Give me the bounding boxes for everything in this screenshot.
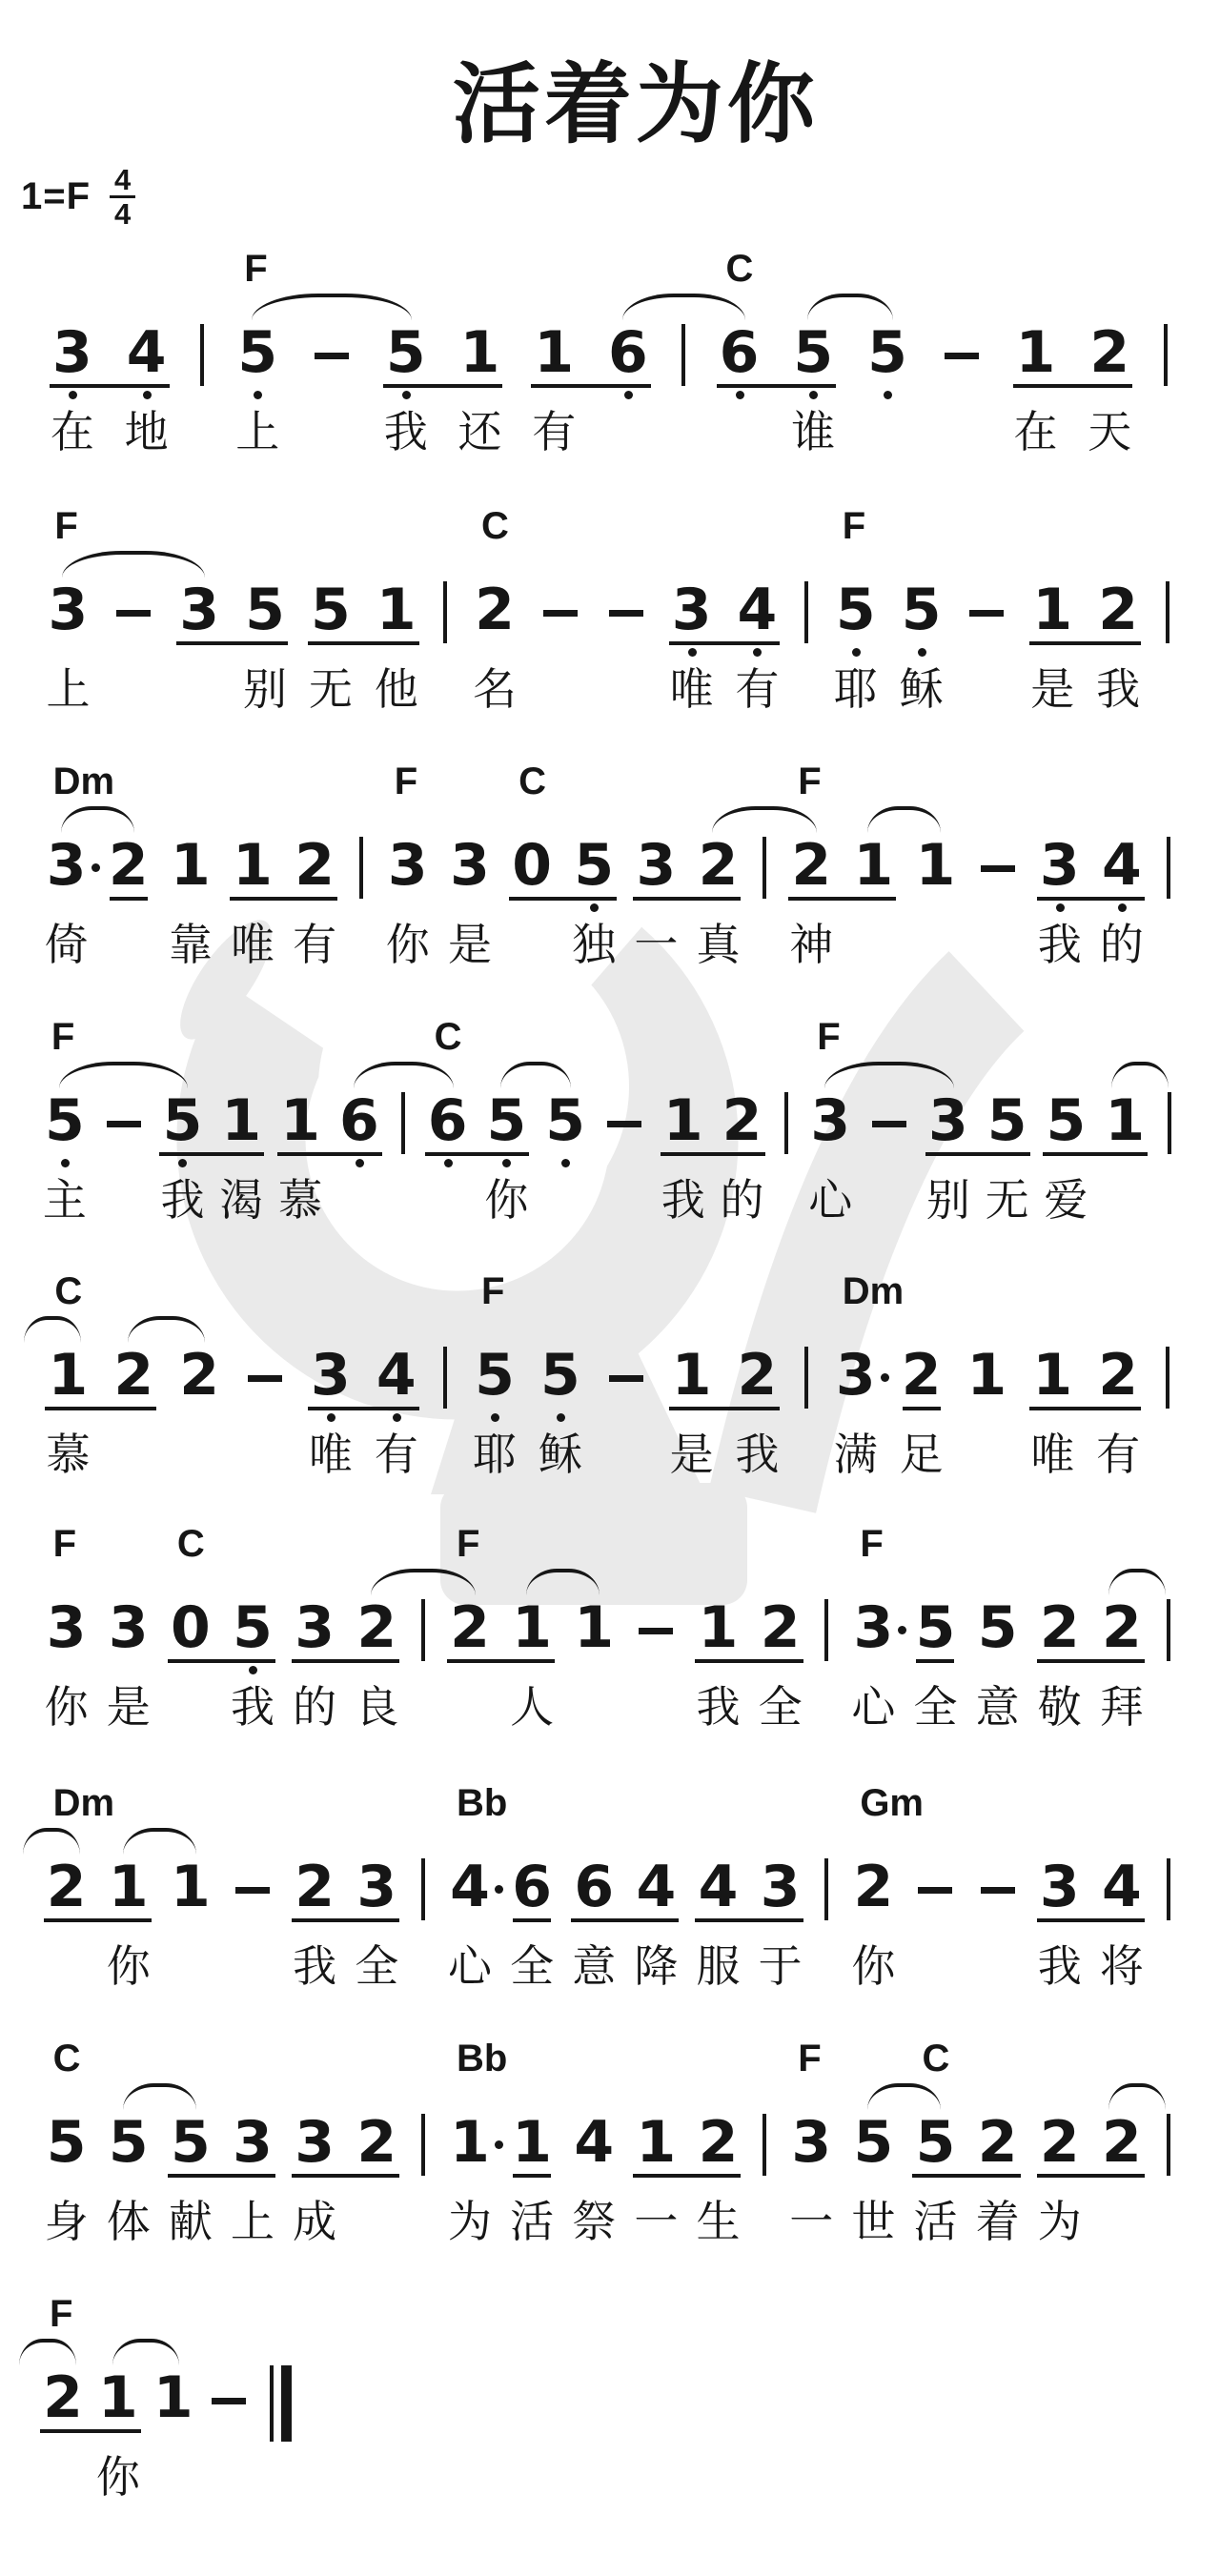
note-digit: 5 [857, 324, 918, 381]
note-digit: 0 [501, 837, 562, 894]
bar-line [1167, 1599, 1170, 1661]
note-digit: 2 [346, 1599, 407, 1656]
note-digit: 1 [37, 1347, 98, 1404]
note-digit: 1 [523, 324, 584, 381]
slur-arc [23, 1828, 80, 1855]
lyric-syllable: 倚 [19, 921, 114, 969]
note-digit: 2 [1088, 1347, 1149, 1404]
chord-label: C [435, 1018, 462, 1056]
note-digit: 6 [598, 324, 659, 381]
bar-line [421, 2114, 425, 2176]
octave-dot-below [143, 391, 152, 399]
note-digit: 4 [1091, 1858, 1152, 1916]
octave-dot-below [1118, 903, 1127, 912]
note-digit: 6 [329, 1092, 390, 1149]
note-digit: 4 [439, 1858, 500, 1916]
note-digit: 1 [563, 1599, 624, 1656]
note-digit: 3 [439, 837, 500, 894]
note-digit: 2 [891, 1347, 952, 1404]
octave-dot-below [327, 1413, 335, 1422]
slur-arc [712, 806, 817, 833]
duration-dash [315, 353, 349, 359]
lyric-syllable: 你 [71, 2453, 166, 2502]
slur-arc [1111, 1062, 1169, 1088]
chord-label: F [457, 1525, 479, 1563]
slur-arc [112, 2339, 179, 2365]
bar-line [421, 1858, 425, 1920]
note-digit: 2 [1029, 2114, 1090, 2171]
duration-dash [248, 1375, 282, 1382]
lyric-syllable: 心 [783, 1176, 878, 1225]
note-digit: 3 [346, 1858, 407, 1916]
note-digit: 1 [160, 837, 221, 894]
chord-label: C [481, 507, 509, 545]
note-digit: 3 [222, 2114, 283, 2171]
slur-arc [867, 2083, 941, 2110]
octave-dot-below [590, 903, 599, 912]
octave-dot-below [1056, 903, 1065, 912]
lyric-syllable: 主 [17, 1176, 112, 1225]
slur-arc [128, 1316, 205, 1343]
note-digit: 3 [843, 1599, 904, 1656]
chord-label: F [244, 250, 267, 288]
bar-line [1164, 324, 1168, 386]
note-digit: 1 [661, 1347, 722, 1404]
bar-line [200, 324, 204, 386]
note-digit: 3 [661, 581, 722, 639]
note-digit: 1 [501, 1599, 562, 1656]
duration-dash [981, 1887, 1015, 1894]
note-digit: 1 [653, 1092, 714, 1149]
chord-label: C [726, 250, 754, 288]
slur-arc [123, 2083, 196, 2110]
note-digit: 6 [563, 1858, 624, 1916]
bar-line [443, 581, 447, 643]
note-digit: 6 [709, 324, 770, 381]
note-digit: 2 [439, 1599, 500, 1656]
note-digit: 2 [1091, 2114, 1152, 2171]
note-digit: 5 [891, 581, 952, 639]
note-digit: 1 [211, 1092, 272, 1149]
octave-dot-below [688, 648, 697, 657]
lyric-syllable: 他 [349, 665, 444, 714]
lyric-syllable: 有 [267, 921, 362, 969]
bar-line [804, 1347, 808, 1409]
chord-label: C [518, 762, 546, 801]
lyric-syllable: 上 [20, 665, 115, 714]
slur-arc [867, 806, 941, 833]
bar-line [1167, 837, 1170, 899]
chord-label: C [53, 2039, 81, 2078]
note-digit: 3 [284, 1599, 345, 1656]
note-digit: 3 [625, 837, 686, 894]
note-digit: 5 [825, 581, 886, 639]
note-digit: 3 [284, 2114, 345, 2171]
note-digit: 4 [726, 581, 787, 639]
note-digit: 2 [464, 581, 525, 639]
lyric-syllable: 有 [1070, 1430, 1166, 1479]
bar-line [421, 1599, 425, 1661]
bar-line [762, 2114, 766, 2176]
chord-label: Bb [457, 2039, 507, 2078]
lyric-syllable: 天 [1062, 408, 1157, 456]
note-digit: 4 [625, 1858, 686, 1916]
lyric-syllable: 我 [709, 1430, 804, 1479]
note-digit: 1 [366, 581, 427, 639]
lyric-syllable: 上 [210, 408, 305, 456]
note-digit: 2 [1029, 1599, 1090, 1656]
time-signature: 4 4 [110, 164, 135, 230]
octave-dot-below [502, 1159, 511, 1167]
note-digit: 1 [1022, 581, 1083, 639]
note-digit: 1 [98, 1858, 159, 1916]
lyric-syllable: 有 [349, 1430, 444, 1479]
note-digit: 5 [905, 1599, 966, 1656]
lyric-syllable: 爱 [1018, 1176, 1113, 1225]
chord-label: F [843, 507, 865, 545]
music-line: FC3在4地5上5我1还1有665谁51在2天 [35, 250, 1184, 478]
note-digit: 1 [449, 324, 510, 381]
duration-dash [639, 1628, 673, 1634]
note-digit: 2 [781, 837, 842, 894]
slur-arc [1108, 2083, 1166, 2110]
music-line: CBbFC5身5体5献3上3成21为1活4祭1一2生3一5世5活2着2为2 [35, 2039, 1184, 2268]
note-digit: 3 [36, 1599, 97, 1656]
note-digit: 2 [36, 1858, 97, 1916]
octave-dot-below [254, 391, 262, 399]
note-digit: 5 [1035, 1092, 1096, 1149]
note-digit: 2 [346, 2114, 407, 2171]
chord-label: F [53, 1525, 76, 1563]
note-digit: 5 [98, 2114, 159, 2171]
bar-line [359, 837, 363, 899]
octave-dot-below [624, 391, 633, 399]
lyric-syllable: 神 [763, 921, 859, 969]
bar-line [824, 1858, 828, 1920]
lyric-syllable: 为 [1012, 2198, 1108, 2246]
chord-label: F [481, 1272, 504, 1310]
note-digit: 2 [843, 1858, 904, 1916]
duration-dash [235, 1887, 270, 1894]
note-digit: 3 [918, 1092, 979, 1149]
note-digit: 3 [377, 837, 438, 894]
bar-line [1167, 1858, 1170, 1920]
note-digit: 2 [1088, 581, 1149, 639]
lyric-syllable: 稣 [874, 665, 969, 714]
chord-label: C [922, 2039, 949, 2078]
bar-line [1166, 1347, 1169, 1409]
octave-dot-below [852, 648, 861, 657]
lyric-syllable: 稣 [513, 1430, 608, 1479]
chord-label: Dm [843, 1272, 904, 1310]
lyric-syllable: 成 [267, 2198, 362, 2246]
slur-arc [24, 1316, 81, 1343]
note-digit: 3 [1029, 837, 1090, 894]
note-digit: 6 [501, 1858, 562, 1916]
lyric-syllable: 有 [506, 408, 601, 456]
note-digit: 5 [476, 1092, 537, 1149]
octave-dot-below [356, 1159, 364, 1167]
note-digit: 5 [464, 1347, 525, 1404]
slur-arc [824, 1062, 954, 1088]
chord-label: C [177, 1525, 205, 1563]
note-digit: 6 [417, 1092, 478, 1149]
note-digit: 1 [1006, 324, 1067, 381]
octave-dot-below [178, 1159, 187, 1167]
chord-label: C [54, 1272, 82, 1310]
music-line: DmFCF3倚21靠1唯2有3你3是05独3一2真2神113我4的 [35, 762, 1184, 991]
bar-line [1167, 2114, 1170, 2176]
slur-arc [526, 1569, 600, 1595]
sheet-content: 活着为你 1=F 4 4 FC3在4地5上5我1还1有665谁51在2天FCF3… [0, 0, 1220, 2576]
lyric-syllable: 你 [458, 1176, 554, 1225]
note-digit: 5 [300, 581, 361, 639]
note-digit: 4 [116, 324, 177, 381]
music-line: CFDm1慕223唯4有5耶5稣1是2我3满2足11唯2有 [35, 1272, 1184, 1501]
note-digit: 5 [160, 2114, 221, 2171]
slur-arc [59, 1062, 189, 1088]
lyric-syllable: 于 [733, 1942, 828, 1991]
note-digit: 2 [284, 1858, 345, 1916]
note-digit: 1 [88, 2369, 149, 2426]
duration-dash [918, 1887, 952, 1894]
final-barline-thick [281, 2365, 292, 2442]
bar-line [681, 324, 685, 386]
note-digit: 5 [530, 1347, 591, 1404]
music-line: DmBbGm21你12我3全4心6全6意4降4服3于2你3我4将 [35, 1784, 1184, 2013]
sheet-page: 活着为你 1=F 4 4 FC3在4地5上5我1还1有665谁51在2天FCF3… [0, 0, 1220, 2576]
slur-arc [807, 294, 893, 320]
note-digit: 3 [98, 1599, 159, 1656]
note-digit: 3 [36, 837, 97, 894]
note-digit: 5 [783, 324, 844, 381]
duration-dash [945, 353, 979, 359]
slur-arc [61, 806, 134, 833]
note-digit: 2 [687, 2114, 748, 2171]
note-digit: 5 [905, 2114, 966, 2171]
note-digit: 2 [98, 837, 159, 894]
note-digit: 2 [726, 1347, 787, 1404]
duration-dash [107, 1121, 141, 1127]
note-digit: 3 [800, 1092, 861, 1149]
note-digit: 0 [160, 1599, 221, 1656]
duration-dash [872, 1121, 906, 1127]
note-digit: 1 [843, 837, 904, 894]
time-signature-denominator: 4 [110, 195, 135, 230]
duration-dash [969, 610, 1004, 617]
lyric-syllable: 你 [825, 1942, 921, 1991]
note-digit: 1 [1022, 1347, 1083, 1404]
note-digit: 1 [501, 2114, 562, 2171]
note-digit: 2 [712, 1092, 773, 1149]
note-digit: 2 [32, 2369, 93, 2426]
note-digit: 5 [34, 1092, 95, 1149]
lyric-syllable: 拜 [1074, 1683, 1169, 1732]
note-digit: 1 [222, 837, 283, 894]
note-digit: 2 [750, 1599, 811, 1656]
duration-dash [212, 2398, 246, 2404]
duration-dash [543, 610, 578, 617]
lyric-syllable: 有 [709, 665, 804, 714]
lyric-syllable: 足 [874, 1430, 969, 1479]
note-digit: 5 [535, 1092, 596, 1149]
note-digit: 1 [160, 1858, 221, 1916]
lyric-syllable: 人 [484, 1683, 579, 1732]
bar-line [1168, 1092, 1171, 1154]
octave-dot-below [561, 1159, 570, 1167]
note-digit: 5 [36, 2114, 97, 2171]
octave-dot-below [491, 1413, 499, 1422]
note-digit: 4 [1091, 837, 1152, 894]
note-digit: 1 [1094, 1092, 1155, 1149]
music-line: FCFF3你3是05我3的2良21人11我2全3心5全5意2敬2拜 [35, 1525, 1184, 1754]
note-digit: 1 [439, 2114, 500, 2171]
time-signature-numerator: 4 [110, 164, 135, 195]
octave-dot-below [736, 391, 744, 399]
lyric-syllable: 将 [1074, 1942, 1169, 1991]
duration-dash [607, 1121, 641, 1127]
note-digit: 2 [103, 1347, 164, 1404]
final-barline-thin [270, 2365, 274, 2442]
note-digit: 1 [956, 1347, 1017, 1404]
octave-dot-below [402, 391, 411, 399]
note-digit: 3 [781, 2114, 842, 2171]
bar-line [1166, 581, 1169, 643]
lyric-syllable: 地 [99, 408, 194, 456]
lyric-syllable: 是 [81, 1683, 176, 1732]
slur-arc [371, 1569, 476, 1595]
note-digit: 4 [563, 2114, 624, 2171]
chord-label: F [395, 762, 417, 801]
note-digit: 4 [687, 1858, 748, 1916]
note-digit: 5 [227, 324, 288, 381]
lyric-syllable: 的 [1074, 921, 1169, 969]
music-line: F21你1 [35, 2295, 300, 2524]
music-line: FCF3上35别5无1他2名3唯4有5耶5稣1是2我 [35, 507, 1184, 736]
octave-dot-below [69, 391, 77, 399]
octave-dot-below [61, 1159, 70, 1167]
chord-label: F [50, 2295, 72, 2333]
chord-label: Dm [53, 762, 114, 801]
note-digit: 3 [825, 1347, 886, 1404]
lyric-syllable: 我 [1070, 665, 1166, 714]
note-digit: 2 [687, 837, 748, 894]
note-digit: 5 [222, 1599, 283, 1656]
key-signature-label: 1=F [21, 175, 91, 218]
note-digit: 5 [563, 837, 624, 894]
note-digit: 1 [687, 1599, 748, 1656]
chord-label: Dm [53, 1784, 114, 1822]
lyric-syllable: 生 [670, 2198, 765, 2246]
octave-dot-below [809, 391, 818, 399]
chord-label: F [51, 1018, 74, 1056]
slur-arc [123, 1828, 196, 1855]
chord-label: Gm [860, 1784, 924, 1822]
lyric-syllable: 全 [733, 1683, 828, 1732]
octave-dot-below [557, 1413, 565, 1422]
bar-line [762, 837, 766, 899]
octave-dot-below [444, 1159, 453, 1167]
note-digit: 3 [300, 1347, 361, 1404]
duration-dash [609, 1375, 643, 1382]
octave-dot-below [884, 391, 892, 399]
dot-after-note [881, 1373, 889, 1382]
note-digit: 1 [143, 2369, 204, 2426]
chord-label: F [798, 2039, 821, 2078]
note-digit: 3 [37, 581, 98, 639]
duration-dash [116, 610, 151, 617]
chord-label: F [54, 507, 77, 545]
note-digit: 4 [366, 1347, 427, 1404]
lyric-syllable: 你 [81, 1942, 176, 1991]
note-digit: 5 [843, 2114, 904, 2171]
note-digit: 3 [169, 581, 230, 639]
slur-arc [354, 1062, 454, 1088]
note-digit: 2 [169, 1347, 230, 1404]
slur-arc [19, 2339, 76, 2365]
lyric-syllable: 的 [695, 1176, 790, 1225]
lyric-syllable: 良 [329, 1683, 424, 1732]
music-line: FCF5主5我1渴1慕665你51我2的3心3别5无5爱1 [35, 1018, 1184, 1247]
chord-label: F [860, 1525, 883, 1563]
note-digit: 5 [152, 1092, 213, 1149]
octave-dot-below [918, 648, 926, 657]
slur-arc [1108, 1569, 1166, 1595]
slur-arc [500, 1062, 571, 1088]
bar-line [804, 581, 808, 643]
note-digit: 2 [1079, 324, 1140, 381]
note-digit: 1 [905, 837, 966, 894]
chord-label: F [798, 762, 821, 801]
slur-arc [62, 551, 205, 578]
octave-dot-below [753, 648, 762, 657]
slur-arc [252, 294, 411, 320]
song-title: 活着为你 [453, 34, 819, 160]
lyric-syllable: 谁 [765, 408, 861, 456]
note-digit: 5 [967, 1599, 1028, 1656]
lyric-syllable: 真 [670, 921, 765, 969]
lyric-syllable: 慕 [253, 1176, 348, 1225]
note-digit: 3 [42, 324, 103, 381]
note-digit: 2 [1091, 1599, 1152, 1656]
lyric-syllable: 全 [329, 1942, 424, 1991]
note-digit: 1 [270, 1092, 331, 1149]
chord-label: F [817, 1018, 840, 1056]
note-digit: 5 [234, 581, 295, 639]
bar-line [401, 1092, 405, 1154]
chord-label: Bb [457, 1784, 507, 1822]
note-digit: 5 [376, 324, 437, 381]
note-digit: 5 [977, 1092, 1038, 1149]
duration-dash [609, 610, 643, 617]
bar-line [784, 1092, 788, 1154]
note-digit: 1 [625, 2114, 686, 2171]
slur-arc [622, 294, 745, 320]
bar-line [443, 1347, 447, 1409]
key-time-signature: 1=F 4 4 [21, 164, 135, 230]
duration-dash [981, 865, 1015, 872]
lyric-syllable: 名 [447, 665, 542, 714]
lyric-syllable: 慕 [20, 1430, 115, 1479]
note-digit: 2 [284, 837, 345, 894]
octave-dot-below [393, 1413, 401, 1422]
note-digit: 2 [967, 2114, 1028, 2171]
note-digit: 3 [750, 1858, 811, 1916]
note-digit: 3 [1029, 1858, 1090, 1916]
octave-dot-below [249, 1666, 257, 1674]
lyric-syllable: 是 [422, 921, 518, 969]
bar-line [824, 1599, 828, 1661]
